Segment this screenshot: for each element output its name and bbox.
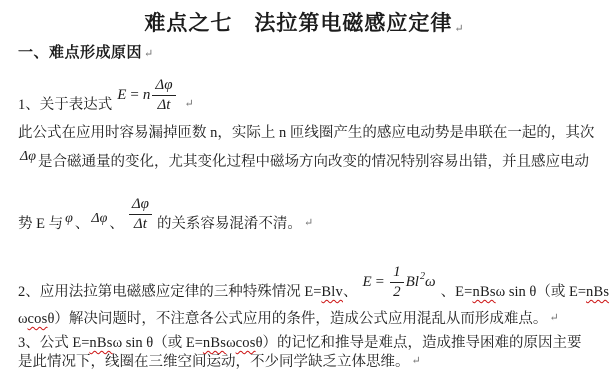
delta-phi-symbol: Δφ <box>91 210 107 228</box>
body-text: 势 E 与 <box>18 215 63 233</box>
item1-paragraph-line1: 此公式在应用时容易漏掉匝数 n，实际上 n 匝线圈产生的感应电动势是串联在一起的… <box>18 124 594 142</box>
fraction-denominator: Δt <box>134 215 147 233</box>
section-heading: 一、难点形成原因 ↵ <box>18 41 154 62</box>
paragraph-mark-icon: ↵ <box>304 217 313 233</box>
body-text: 2、应用法拉第电磁感应定律的三种特殊情况 E= <box>18 283 321 301</box>
superscript-exponent: 2 <box>420 271 425 284</box>
fraction-numerator: Δφ <box>152 77 175 96</box>
fraction: 1 2 <box>390 264 404 302</box>
document-title-text: 难点之七 法拉第电磁感应定律 <box>144 7 452 37</box>
body-text: E= <box>455 283 472 301</box>
equation-lhs: E <box>362 273 371 292</box>
body-text: 此公式在应用时容易漏掉匝数 n，实际上 n 匝线圈产生的感应电动势是串联在一起的… <box>18 124 594 142</box>
enumeration-comma: 、 <box>75 215 90 233</box>
body-text: 的关系容易混淆不清。 <box>157 215 302 233</box>
section-heading-text: 一、难点形成原因 <box>18 41 142 62</box>
document-page: 难点之七 法拉第电磁感应定律 ↵ 一、难点形成原因 ↵ 1、关于表达式 E = … <box>0 0 609 371</box>
enumeration-comma: 、 <box>343 283 358 301</box>
body-text: θ）解决问题时，不注意各公式应用的条件，造成公式应用混乱从而形成难点。 <box>47 310 547 328</box>
fraction: Δφ Δt <box>129 196 152 234</box>
body-text: 是此情况下，线圈在三维空间运动，不少同学缺乏立体思维。 <box>18 353 410 371</box>
misspelled-term-nbs: nBs <box>586 283 609 301</box>
body-text: ω sin θ（或 E= <box>496 283 586 301</box>
misspelled-term-nbs: nBs <box>89 334 112 352</box>
body-text: ω <box>18 310 28 328</box>
misspelled-term-nbs: nBs <box>203 334 226 352</box>
equals-sign: = <box>130 86 138 105</box>
misspelled-term-blv: Blv <box>321 283 343 301</box>
paragraph-mark-icon: ↵ <box>185 98 194 114</box>
misspelled-term-cos: cos <box>236 334 256 352</box>
body-text: ω sin θ（或 E= <box>113 334 203 352</box>
misspelled-term-nbs: nBs <box>473 283 496 301</box>
body-text: ω <box>226 334 236 352</box>
item1-paragraph-line2: Δφ 是合磁通量的变化，尤其变化过程中磁场方向改变的情况特别容易出错，并且感应电… <box>18 153 589 171</box>
enumeration-comma: 、 <box>441 283 456 301</box>
paragraph-mark-icon: ↵ <box>549 312 558 328</box>
enumeration-comma: 、 <box>109 215 124 233</box>
misspelled-term-cos: cos <box>28 310 48 328</box>
paragraph-mark-icon: ↵ <box>412 355 421 371</box>
fraction: Δφ Δt <box>152 77 175 115</box>
item2-line1: 2、应用法拉第电磁感应定律的三种特殊情况 E= Blv 、 E = 1 2 Bl… <box>18 255 609 301</box>
equation-lhs: E <box>117 86 126 105</box>
body-text: 3、公式 E= <box>18 334 89 352</box>
delta-phi-symbol: Δφ <box>20 148 36 166</box>
equation-e-half-bl2-omega: E = 1 2 Bl 2 ω <box>362 264 435 302</box>
body-text: 是合磁通量的变化，尤其变化过程中磁场方向改变的情况特别容易出错，并且感应电动 <box>38 153 589 171</box>
phi-symbol: φ <box>65 210 73 228</box>
body-text: θ）的记忆和推导是难点，造成推导困难的原因主要 <box>256 334 582 352</box>
fraction-numerator: 1 <box>390 264 404 283</box>
paragraph-mark-icon: ↵ <box>144 47 154 62</box>
fraction-denominator: Δt <box>157 96 170 114</box>
item3-line1: 3、公式 E= nBs ω sin θ（或 E= nBs ω cos θ）的记忆… <box>18 334 582 352</box>
fraction-denominator: 2 <box>393 283 401 301</box>
item1-paragraph-line3: 势 E 与 φ 、 Δφ 、 Δφ Δt 的关系容易混淆不清。 ↵ <box>18 196 313 233</box>
document-title: 难点之七 法拉第电磁感应定律 ↵ <box>0 7 609 37</box>
fraction-numerator: Δφ <box>129 196 152 215</box>
equals-sign: = <box>376 273 384 292</box>
fraction-dphi-dt: Δφ Δt <box>127 196 154 234</box>
item1-label: 1、关于表达式 <box>18 96 112 114</box>
item1-expression-line: 1、关于表达式 E = n Δφ Δt ↵ <box>18 64 194 114</box>
paragraph-mark-icon: ↵ <box>454 22 464 37</box>
equation-coefficient: n <box>143 86 151 105</box>
item2-line2: ω cos θ）解决问题时，不注意各公式应用的条件，造成公式应用混乱从而形成难点… <box>18 310 559 328</box>
item3-line2: 是此情况下，线圈在三维空间运动，不少同学缺乏立体思维。 ↵ <box>18 353 421 371</box>
equation-body: Bl <box>406 273 419 292</box>
equation-e-n-dphi-dt: E = n Δφ Δt <box>117 77 177 115</box>
omega-symbol: ω <box>425 273 436 292</box>
